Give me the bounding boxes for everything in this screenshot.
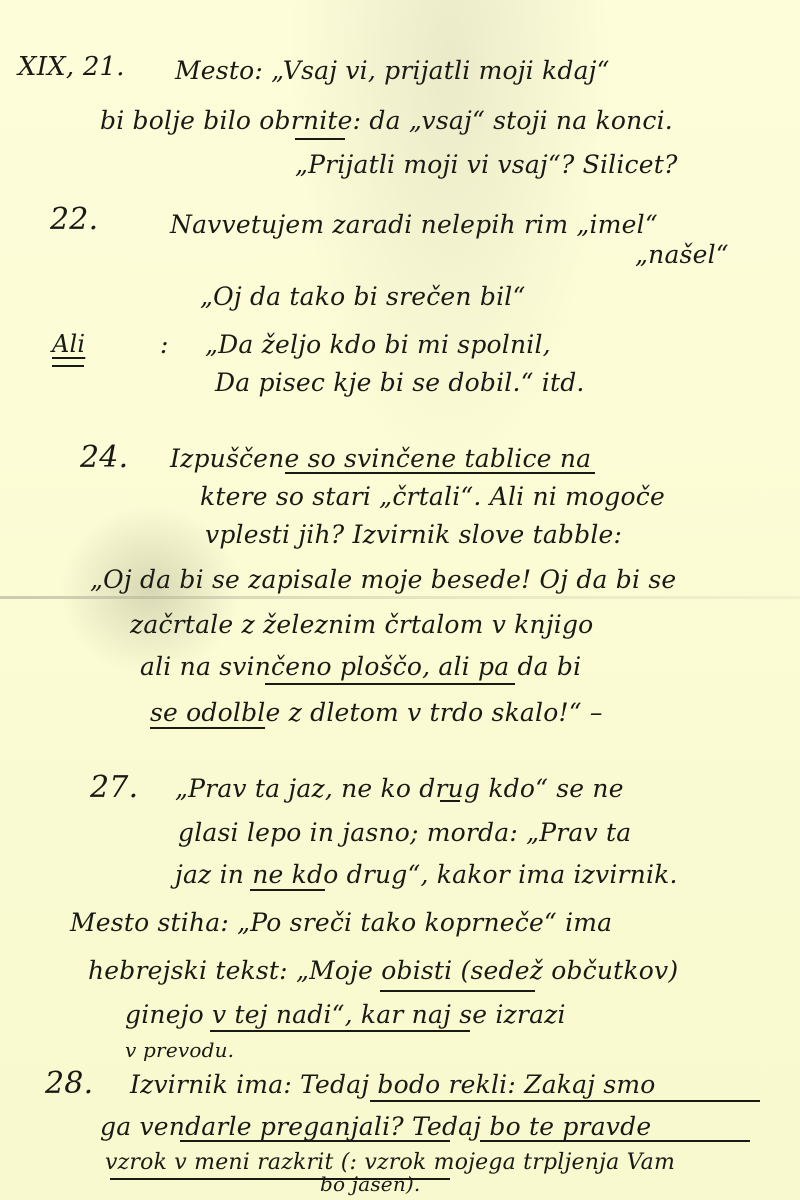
- entry-21-line-2: bi bolje bilo obrnite: da „vsaj“ stoji n…: [100, 106, 673, 135]
- underline-vzrok-v-meni-razkrit: [110, 1178, 450, 1180]
- entry-21-line-1: Mesto: „Vsaj vi, prijatli moji kdaj“: [175, 56, 610, 85]
- entry-22-line-3: „Oj da tako bi srečen bil“: [200, 282, 525, 311]
- entry-27-line-6: ginejo v tej nadi“, kar naj se izrazi: [125, 1000, 566, 1029]
- entry-22-line-5: Da pisec kje bi se dobil.“ itd.: [215, 368, 585, 397]
- entry-24-line-7: se odolble z dletom v trdo skalo!“ –: [150, 698, 603, 727]
- entry-24-line-1: Izpuščene so svinčene tablice na: [170, 444, 591, 473]
- entry-24-line-2: ktere so stari „črtali“. Ali ni mogoče: [200, 482, 665, 511]
- entry-24-line-6: ali na svinčeno ploščo, ali pa da bi: [140, 652, 581, 681]
- entry-27-line-5: hebrejski tekst: „Moje obisti (sedež obč…: [88, 956, 678, 985]
- entry-22-side-colon: :: [160, 330, 169, 359]
- underline-ginejo: [210, 1030, 470, 1032]
- manuscript-page: XIX, 21. Mesto: „Vsaj vi, prijatli moji …: [0, 0, 800, 1200]
- entry-27-line-3: jaz in ne kdo drug“, kakor ima izvirnik.: [175, 860, 678, 889]
- entry-27-line-4: Mesto stiha: „Po sreči tako koprneče“ im…: [70, 908, 612, 937]
- underline-odolble: [150, 727, 265, 729]
- underline-tedaj-bodo-rekli: [370, 1100, 760, 1102]
- entry-number-27: 27.: [90, 770, 138, 805]
- entry-22-line-2: „našel“: [635, 240, 729, 269]
- entry-number-24: 24.: [80, 440, 128, 475]
- entry-number-21: XIX, 21.: [18, 52, 125, 82]
- entry-28-line-2: ga vendarle preganjali? Tedaj bo te prav…: [100, 1112, 651, 1141]
- underline-ne: [440, 800, 460, 802]
- entry-number-28: 28.: [45, 1066, 93, 1101]
- entry-24-line-5: začrtale z železnim črtalom v knjigo: [130, 610, 593, 639]
- entry-24-line-4: „Oj da bi se zapisale moje besede! Oj da…: [90, 565, 676, 594]
- underline-vendarle-preganjali: [180, 1140, 450, 1142]
- entry-22-line-1: Navvetujem zaradi nelepih rim „imel“: [170, 210, 658, 239]
- entry-22-line-4: „Da željo kdo bi mi spolnil,: [205, 330, 551, 359]
- underline-moje-obisti: [380, 990, 535, 992]
- underline-vsaj: [295, 138, 345, 140]
- underline-svincene-tablice: [285, 472, 595, 474]
- entry-21-line-3: „Prijatli moji vi vsaj“? Silicet?: [295, 150, 678, 179]
- entry-28-line-1: Izvirnik ima: Tedaj bodo rekli: Zakaj sm…: [130, 1070, 656, 1099]
- entry-24-line-3: vplesti jih? Izvirnik slove tabble:: [205, 520, 622, 549]
- paper-fold-crease: [0, 596, 800, 599]
- entry-number-22: 22.: [50, 202, 98, 237]
- underline-ali: [52, 365, 84, 367]
- entry-27-line-7: v prevodu.: [125, 1038, 234, 1062]
- entry-27-line-2: glasi lepo in jasno; morda: „Prav ta: [178, 818, 631, 847]
- entry-27-line-1: „Prav ta jaz, ne ko drug kdo“ se ne: [175, 774, 624, 803]
- entry-28-line-4: bo jasen).: [320, 1172, 420, 1196]
- underline-in-ne: [250, 889, 325, 891]
- underline-svinceno-plosco: [265, 683, 515, 685]
- underline-tedaj-bo-te-pravde: [480, 1140, 750, 1142]
- entry-22-side-label: Ali: [52, 330, 85, 358]
